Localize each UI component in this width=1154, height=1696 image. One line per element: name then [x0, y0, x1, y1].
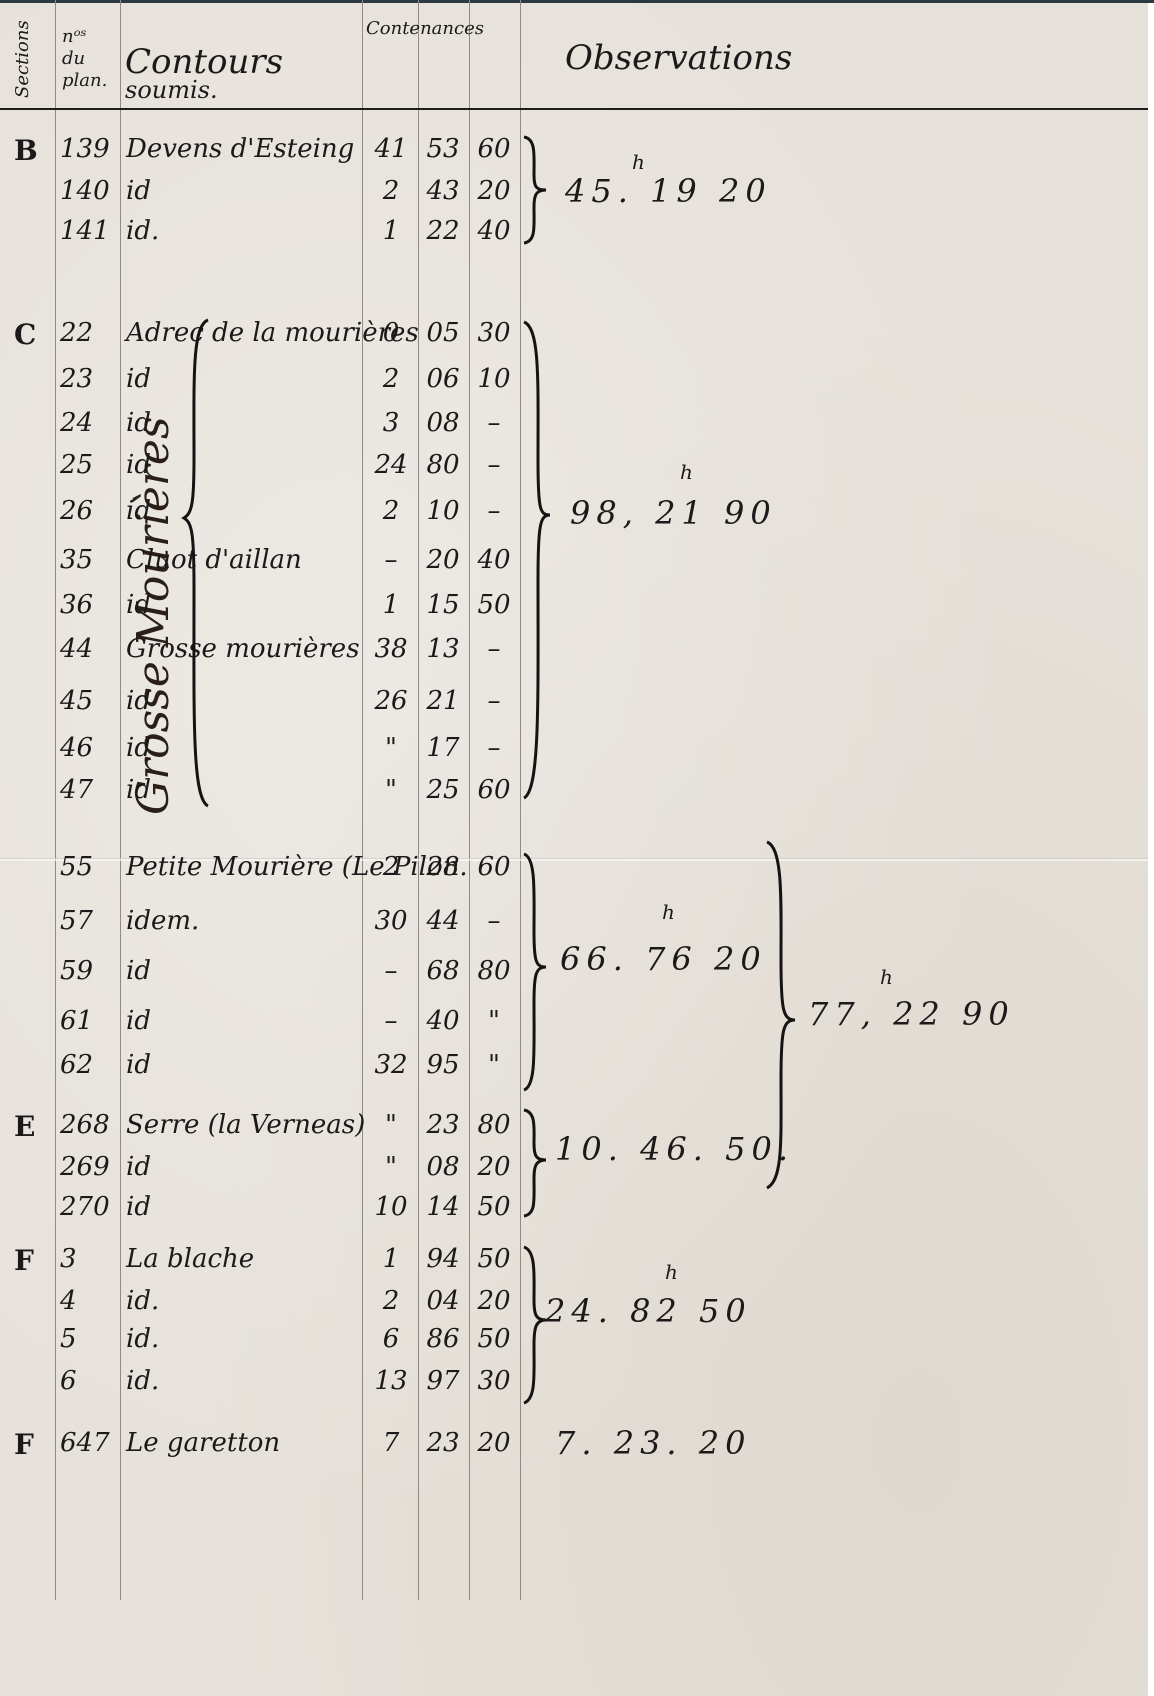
ares: 86: [418, 1324, 468, 1354]
centiares: 60: [469, 134, 519, 164]
centiares: 80: [469, 1110, 519, 1140]
grand-total: 77, 22 90: [808, 995, 1015, 1033]
plan-number: 47: [60, 775, 93, 805]
hectares: 1: [366, 1244, 416, 1274]
plan-number: 57: [60, 906, 93, 936]
plan-number: 44: [60, 634, 93, 664]
parcel-name: id: [126, 364, 151, 394]
ares: 05: [418, 318, 468, 348]
parcel-name: id: [126, 1006, 151, 1036]
unit-superscript: h: [680, 460, 693, 484]
parcel-name: Cluot d'aillan: [126, 545, 302, 575]
table-row: 55 Petite Mourière (Le Pilon. 2 28 60: [0, 852, 1148, 892]
hectares: 41: [366, 134, 416, 164]
brace: [522, 1108, 552, 1218]
plan-number: 62: [60, 1050, 93, 1080]
ares: 68: [418, 956, 468, 986]
table-row: 270 id 10 14 50: [0, 1192, 1148, 1232]
table-row: F 3 La blache 1 94 50: [0, 1244, 1148, 1284]
plan-number: 270: [60, 1192, 110, 1222]
parcel-name: id: [126, 956, 151, 986]
section-letter: C: [14, 318, 36, 351]
plan-number: 647: [60, 1428, 110, 1458]
parcel-name: Serre (la Verneas): [126, 1110, 365, 1140]
ares: 17: [418, 733, 468, 763]
hectares: 0: [366, 318, 416, 348]
ares: 53: [418, 134, 468, 164]
table-row: 25 id 24 80 –: [0, 450, 1148, 490]
parcel-name: id.: [126, 1366, 159, 1396]
table-row: 44 Grosse mourières 38 13 –: [0, 634, 1148, 674]
hectares: 30: [366, 906, 416, 936]
ares: 14: [418, 1192, 468, 1222]
ares: 22: [418, 216, 468, 246]
table-row: 45 id 26 21 –: [0, 686, 1148, 726]
centiares: 40: [469, 545, 519, 575]
table-row: 47 id " 25 60: [0, 775, 1148, 815]
parcel-name: id: [126, 733, 151, 763]
plan-number: 59: [60, 956, 93, 986]
hectares: 10: [366, 1192, 416, 1222]
plan-number: 45: [60, 686, 93, 716]
centiares: –: [469, 733, 519, 763]
ares: 80: [418, 450, 468, 480]
hectares: ": [366, 775, 416, 805]
table-row: C 22 Adrec de la mourières 0 05 30: [0, 318, 1148, 358]
plan-number: 24: [60, 408, 93, 438]
ares: 21: [418, 686, 468, 716]
parcel-name: id: [126, 775, 151, 805]
centiares: 30: [469, 1366, 519, 1396]
ares: 43: [418, 176, 468, 206]
hectares: 38: [366, 634, 416, 664]
unit-superscript: h: [632, 150, 645, 174]
parcel-name: id: [126, 450, 151, 480]
parcel-name: id.: [126, 1324, 159, 1354]
brace: [522, 320, 552, 800]
plan-number: 36: [60, 590, 93, 620]
centiares: 20: [469, 176, 519, 206]
parcel-name: id: [126, 408, 151, 438]
parcel-name: id: [126, 1192, 151, 1222]
hectares: 2: [366, 496, 416, 526]
centiares: 60: [469, 852, 519, 882]
parcel-name: Le garetton: [126, 1428, 280, 1458]
hectares: 26: [366, 686, 416, 716]
parcel-name: Grosse mourières: [126, 634, 360, 664]
header-sections: Sections: [12, 20, 33, 98]
table-row: 6 id. 13 97 30: [0, 1366, 1148, 1406]
hectares: 13: [366, 1366, 416, 1396]
ares: 23: [418, 1428, 468, 1458]
header-contenances: Contenances: [366, 18, 484, 39]
plan-number: 55: [60, 852, 93, 882]
header-contours-sub: soumis.: [125, 76, 218, 104]
hectares: 2: [366, 1286, 416, 1316]
hectares: 2: [366, 176, 416, 206]
hectares: –: [366, 1006, 416, 1036]
brace: [182, 318, 212, 808]
table-row: 141 id. 1 22 40: [0, 216, 1148, 256]
centiares: –: [469, 906, 519, 936]
centiares: 40: [469, 216, 519, 246]
section-letter: B: [14, 134, 38, 167]
plan-number: 23: [60, 364, 93, 394]
centiares: 50: [469, 1192, 519, 1222]
table-row: 62 id 32 95 ": [0, 1050, 1148, 1090]
plan-number: 35: [60, 545, 93, 575]
plan-number: 25: [60, 450, 93, 480]
section-letter: F: [14, 1244, 34, 1277]
hectares: 1: [366, 216, 416, 246]
observation-total: 10. 46. 50.: [555, 1130, 794, 1168]
observation-total: 98, 21 90: [570, 494, 777, 532]
ares: 15: [418, 590, 468, 620]
brace: [522, 135, 552, 245]
parcel-name: id: [126, 1152, 151, 1182]
observation-total: 7. 23. 20: [555, 1424, 751, 1462]
ares: 13: [418, 634, 468, 664]
plan-number: 46: [60, 733, 93, 763]
centiares: 20: [469, 1428, 519, 1458]
parcel-name: id: [126, 1050, 151, 1080]
centiares: –: [469, 686, 519, 716]
header-observations: Observations: [565, 38, 792, 78]
header-plan-line: du: [62, 48, 107, 70]
header-rule: [0, 108, 1148, 110]
hectares: ": [366, 1110, 416, 1140]
parcel-name: id.: [126, 1286, 159, 1316]
unit-superscript: h: [665, 1260, 678, 1284]
ledger-page: Sections nᵒˢ du plan. Contours soumis. C…: [0, 0, 1148, 1696]
brace: [522, 852, 552, 1092]
header-plan-line: plan.: [62, 70, 107, 92]
hectares: 32: [366, 1050, 416, 1080]
plan-number: 6: [60, 1366, 77, 1396]
centiares: 50: [469, 590, 519, 620]
table-row: 24 id 3 08 –: [0, 408, 1148, 448]
ares: 40: [418, 1006, 468, 1036]
plan-number: 4: [60, 1286, 77, 1316]
centiares: ": [469, 1006, 519, 1036]
observation-total: 24. 82 50: [545, 1292, 752, 1330]
parcel-name: idem.: [126, 906, 199, 936]
parcel-name: id.: [126, 216, 159, 246]
parcel-name: id: [126, 590, 151, 620]
hectares: 2: [366, 364, 416, 394]
ares: 10: [418, 496, 468, 526]
observation-total: 45. 19 20: [565, 172, 772, 210]
centiares: 20: [469, 1286, 519, 1316]
ares: 04: [418, 1286, 468, 1316]
plan-number: 141: [60, 216, 110, 246]
table-row: B 139 Devens d'Esteing 41 53 60: [0, 134, 1148, 174]
unit-superscript: h: [662, 900, 675, 924]
hectares: 2: [366, 852, 416, 882]
plan-number: 5: [60, 1324, 77, 1354]
header-plan-line: nᵒˢ: [62, 26, 107, 48]
hectares: ": [366, 1152, 416, 1182]
parcel-name: Devens d'Esteing: [126, 134, 354, 164]
plan-number: 22: [60, 318, 93, 348]
parcel-name: id: [126, 496, 151, 526]
centiares: 80: [469, 956, 519, 986]
ares: 94: [418, 1244, 468, 1274]
hectares: 24: [366, 450, 416, 480]
centiares: ": [469, 1050, 519, 1080]
ares: 08: [418, 408, 468, 438]
plan-number: 139: [60, 134, 110, 164]
centiares: 10: [469, 364, 519, 394]
ares: 20: [418, 545, 468, 575]
ares: 25: [418, 775, 468, 805]
centiares: –: [469, 634, 519, 664]
centiares: 30: [469, 318, 519, 348]
ares: 08: [418, 1152, 468, 1182]
plan-number: 26: [60, 496, 93, 526]
plan-number: 3: [60, 1244, 77, 1274]
centiares: 50: [469, 1324, 519, 1354]
section-letter: E: [14, 1110, 35, 1143]
hectares: 1: [366, 590, 416, 620]
ares: 06: [418, 364, 468, 394]
unit-superscript: h: [880, 965, 893, 989]
centiares: –: [469, 408, 519, 438]
table-row: 23 id 2 06 10: [0, 364, 1148, 404]
parcel-name: Petite Mourière (Le Pilon.: [126, 852, 468, 882]
ares: 95: [418, 1050, 468, 1080]
table-row: 5 id. 6 86 50: [0, 1324, 1148, 1364]
plan-number: 61: [60, 1006, 93, 1036]
section-letter: F: [14, 1428, 34, 1461]
hectares: ": [366, 733, 416, 763]
hectares: –: [366, 956, 416, 986]
ares: 97: [418, 1366, 468, 1396]
header-plan-number: nᵒˢ du plan.: [62, 26, 107, 92]
table-row: 46 id " 17 –: [0, 733, 1148, 773]
scan-edge: [0, 0, 1154, 3]
ares: 44: [418, 906, 468, 936]
centiares: 20: [469, 1152, 519, 1182]
ares: 28: [418, 852, 468, 882]
parcel-name: id: [126, 686, 151, 716]
hectares: 6: [366, 1324, 416, 1354]
hectares: 3: [366, 408, 416, 438]
centiares: 60: [469, 775, 519, 805]
centiares: –: [469, 450, 519, 480]
centiares: 50: [469, 1244, 519, 1274]
plan-number: 140: [60, 176, 110, 206]
parcel-name: id: [126, 176, 151, 206]
ares: 23: [418, 1110, 468, 1140]
plan-number: 269: [60, 1152, 110, 1182]
table-row: 35 Cluot d'aillan – 20 40: [0, 545, 1148, 585]
hectares: –: [366, 545, 416, 575]
plan-number: 268: [60, 1110, 110, 1140]
observation-total: 66. 76 20: [560, 940, 767, 978]
centiares: –: [469, 496, 519, 526]
table-row: 36 id 1 15 50: [0, 590, 1148, 630]
hectares: 7: [366, 1428, 416, 1458]
parcel-name: La blache: [126, 1244, 254, 1274]
